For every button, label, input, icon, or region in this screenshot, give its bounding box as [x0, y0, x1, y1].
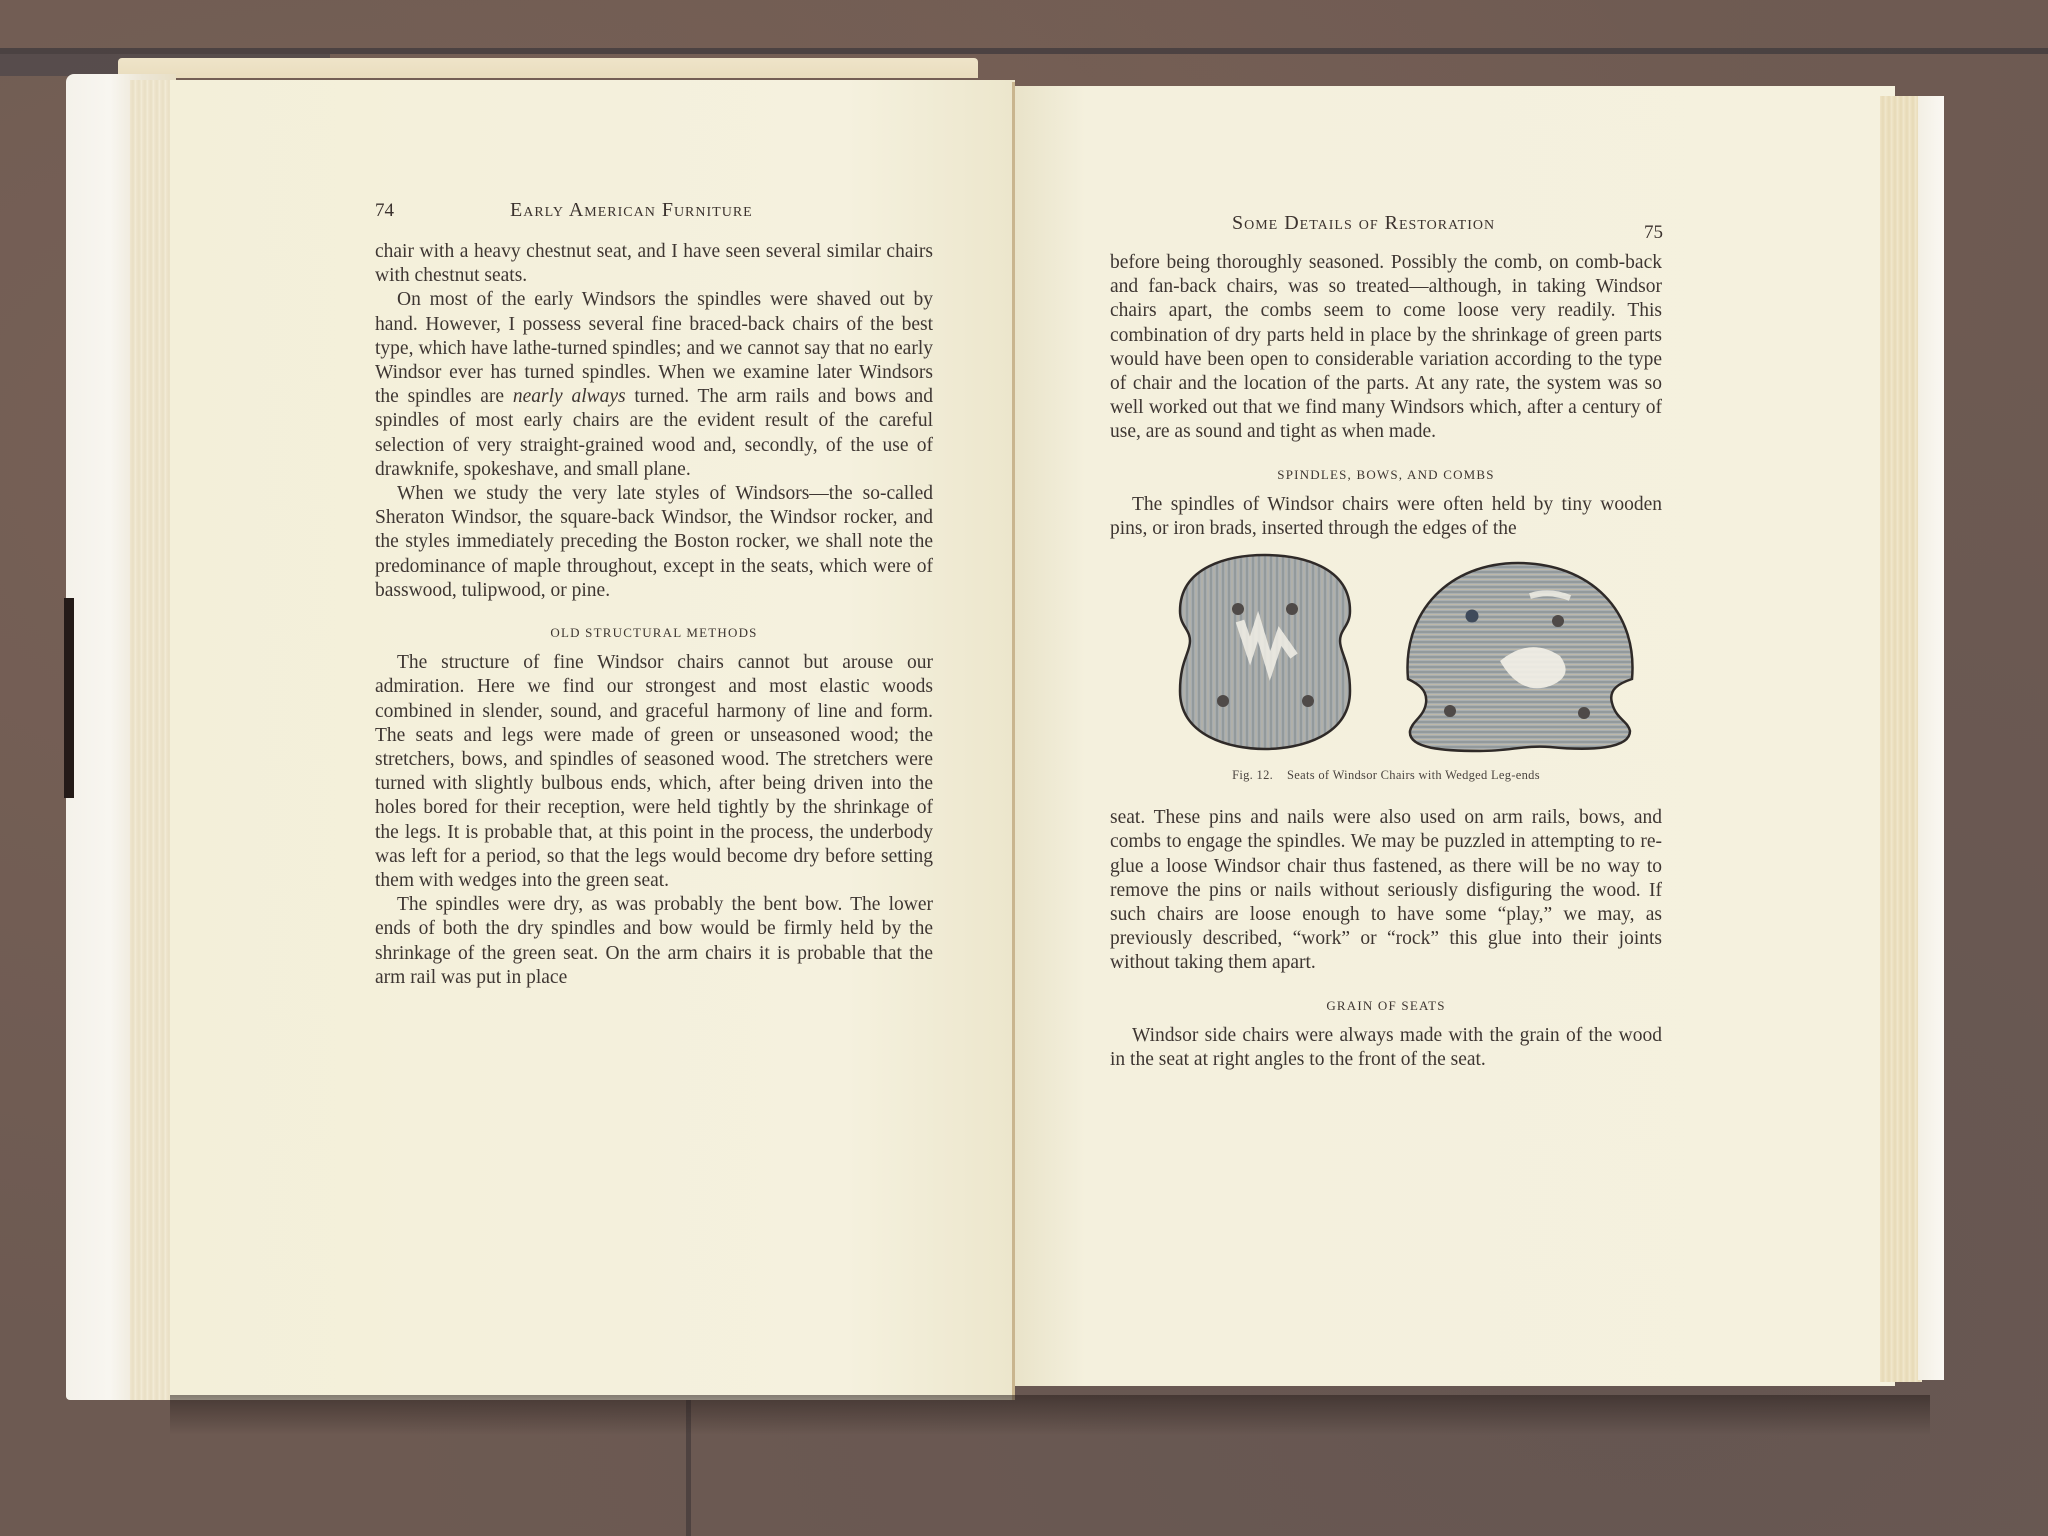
paragraph: chair with a heavy chestnut seat, and I … — [375, 240, 933, 288]
paragraph: Windsor side chairs were always made wit… — [1110, 1024, 1662, 1072]
page-number-right: 75 — [1644, 222, 1663, 244]
section-heading: Spindles, Bows, and Combs — [1110, 463, 1662, 487]
paragraph: On most of the early Windsors the spindl… — [375, 288, 933, 482]
paragraph: The structure of fine Windsor chairs can… — [375, 651, 933, 893]
emphasis: nearly always — [513, 386, 626, 407]
page-number-left: 74 — [375, 200, 394, 222]
paragraph: seat. These pins and nails were also use… — [1110, 806, 1662, 975]
section-heading: Grain of Seats — [1110, 994, 1662, 1018]
running-head-left: Early American Furniture — [510, 199, 753, 222]
book-shadow — [170, 1395, 1930, 1435]
windsor-seats-illustration — [1150, 551, 1640, 761]
figure-number: Fig. 12. — [1232, 768, 1273, 782]
figure-caption-text: Seats of Windsor Chairs with Wedged Leg-… — [1287, 768, 1540, 782]
side-chair-seat — [1180, 555, 1350, 749]
running-head-right: Some Details of Restoration — [1232, 212, 1495, 235]
section-heading: Old Structural Methods — [375, 621, 933, 645]
book-cover-right — [1918, 96, 1944, 1380]
book-cover-top-edge — [118, 58, 978, 78]
page-edges-left — [130, 80, 170, 1400]
book-cover-spine-edge — [64, 598, 74, 798]
left-page-body: chair with a heavy chestnut seat, and I … — [375, 240, 933, 990]
page-edges-right — [1880, 96, 1922, 1382]
figure-caption: Fig. 12.Seats of Windsor Chairs with Wed… — [1110, 763, 1662, 787]
paragraph: The spindles of Windsor chairs were ofte… — [1110, 493, 1662, 541]
book-gutter — [1012, 82, 1015, 1400]
arm-chair-seat — [1407, 563, 1632, 751]
figure-12: Fig. 12.Seats of Windsor Chairs with Wed… — [1110, 551, 1662, 806]
paragraph: The spindles were dry, as was probably t… — [375, 893, 933, 990]
paragraph: When we study the very late styles of Wi… — [375, 482, 933, 603]
right-page-body: before being thoroughly seasoned. Possib… — [1110, 251, 1662, 1072]
paragraph: before being thoroughly seasoned. Possib… — [1110, 251, 1662, 445]
